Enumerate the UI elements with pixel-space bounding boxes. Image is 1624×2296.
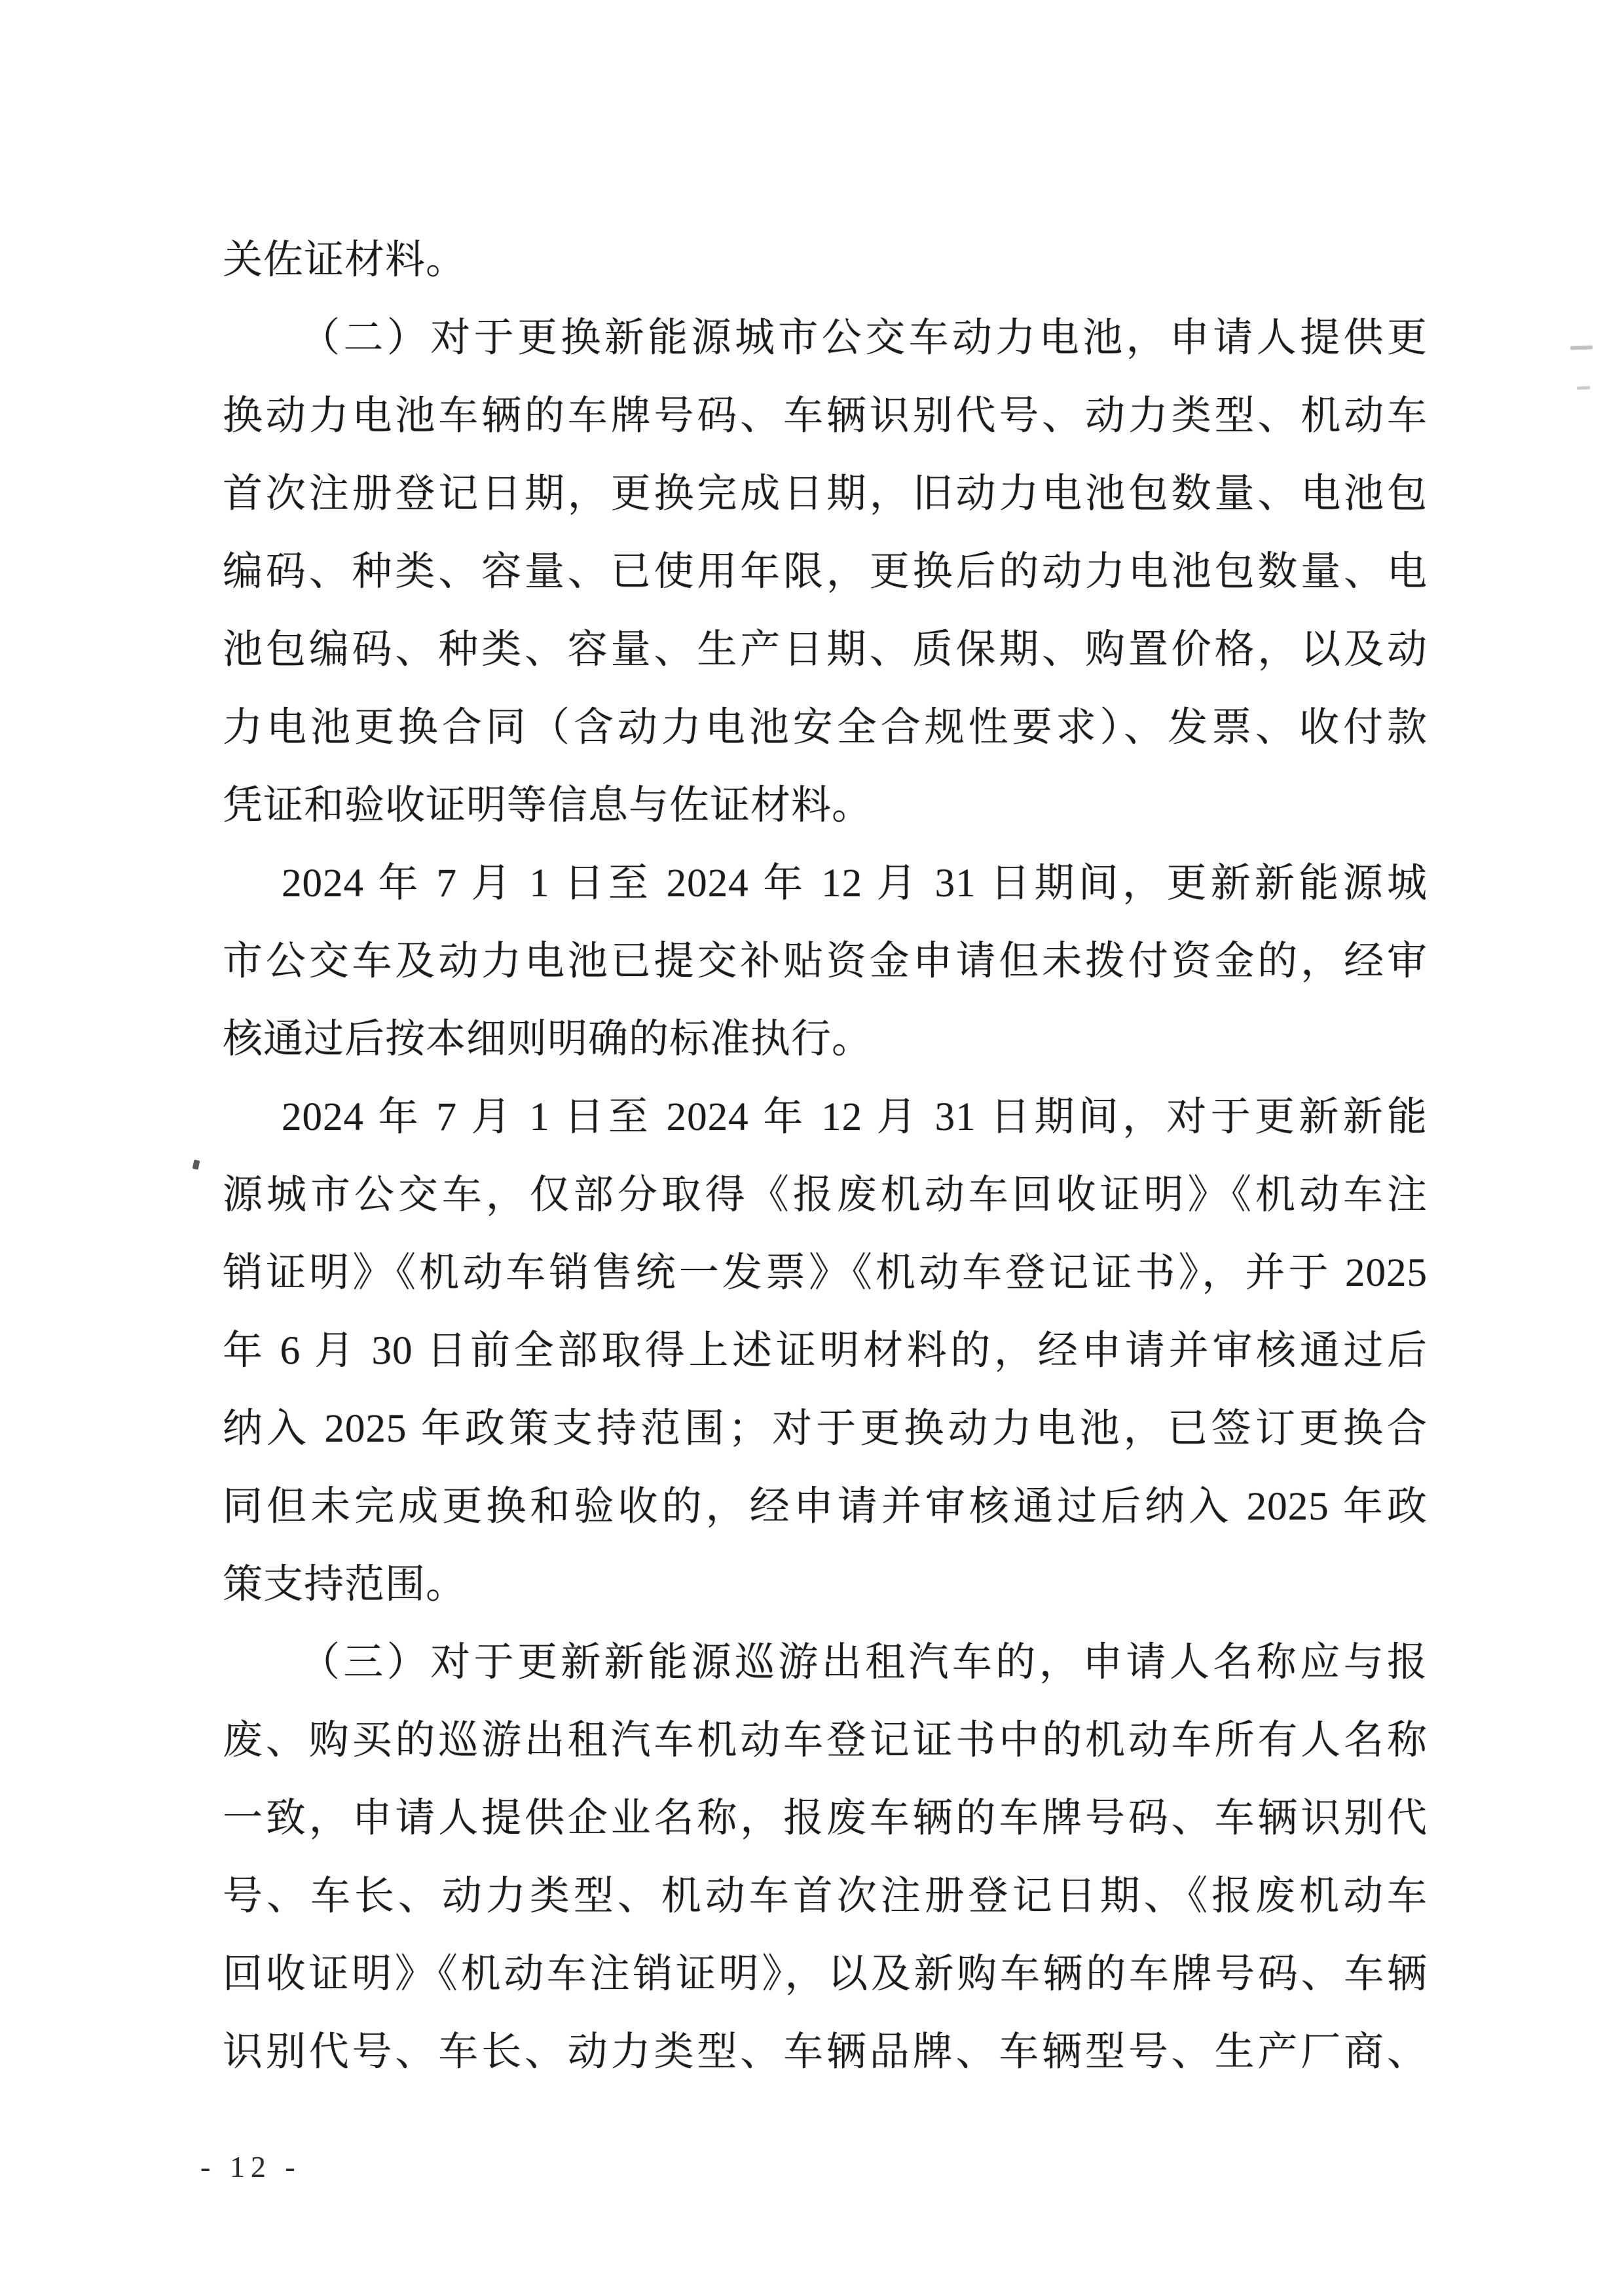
text-line: 回收证明》《机动车注销证明》，以及新购车辆的车牌号码、车辆 <box>223 1935 1428 2013</box>
text-line: 核通过后按本细则明确的标准执行。 <box>223 1000 1428 1078</box>
text-line: 市公交车及动力电池已提交补贴资金申请但未拨付资金的，经审 <box>223 922 1428 1000</box>
document-page: 关佐证材料。 （二）对于更换新能源城市公交车动力电池，申请人提供更 换动力电池车… <box>0 0 1624 2296</box>
document-text-block: 关佐证材料。 （二）对于更换新能源城市公交车动力电池，申请人提供更 换动力电池车… <box>223 221 1428 2091</box>
text-line: 关佐证材料。 <box>223 221 1428 299</box>
scan-speck <box>193 1159 200 1170</box>
text-line: 换动力电池车辆的车牌号码、车辆识别代号、动力类型、机动车 <box>223 377 1428 455</box>
text-line: 废、购买的巡游出租汽车机动车登记证书中的机动车所有人名称 <box>223 1702 1428 1779</box>
text-line: 2024 年 7 月 1 日至 2024 年 12 月 31 日期间，对于更新新… <box>223 1078 1428 1156</box>
text-line: 销证明》《机动车销售统一发票》《机动车登记证书》，并于 2025 <box>223 1234 1428 1312</box>
text-line: 源城市公交车，仅部分取得《报废机动车回收证明》《机动车注 <box>223 1156 1428 1234</box>
scan-speck <box>1577 386 1590 390</box>
text-line: 力电池更换合同（含动力电池安全合规性要求）、发票、收付款 <box>223 689 1428 767</box>
text-line: 纳入 2025 年政策支持范围；对于更换动力电池，已签订更换合 <box>223 1390 1428 1468</box>
text-line: （三）对于更新新能源巡游出租汽车的，申请人名称应与报 <box>223 1624 1428 1702</box>
text-line: 池包编码、种类、容量、生产日期、质保期、购置价格，以及动 <box>223 611 1428 689</box>
page-number: - 12 - <box>200 2150 301 2184</box>
text-line: 同但未完成更换和验收的，经申请并审核通过后纳入 2025 年政 <box>223 1468 1428 1546</box>
text-line: 首次注册登记日期，更换完成日期，旧动力电池包数量、电池包 <box>223 455 1428 533</box>
text-line: 策支持范围。 <box>223 1546 1428 1624</box>
text-line: 2024 年 7 月 1 日至 2024 年 12 月 31 日期间，更新新能源… <box>223 845 1428 922</box>
text-line: 凭证和验收证明等信息与佐证材料。 <box>223 767 1428 845</box>
text-line: 一致，申请人提供企业名称，报废车辆的车牌号码、车辆识别代 <box>223 1779 1428 1857</box>
text-line: 编码、种类、容量、已使用年限，更换后的动力电池包数量、电 <box>223 533 1428 611</box>
text-line: 识别代号、车长、动力类型、车辆品牌、车辆型号、生产厂商、 <box>223 2013 1428 2091</box>
text-line: （二）对于更换新能源城市公交车动力电池，申请人提供更 <box>223 299 1428 377</box>
text-line: 号、车长、动力类型、机动车首次注册登记日期、《报废机动车 <box>223 1857 1428 1935</box>
scan-speck <box>1570 345 1593 350</box>
text-line: 年 6 月 30 日前全部取得上述证明材料的，经申请并审核通过后 <box>223 1312 1428 1390</box>
